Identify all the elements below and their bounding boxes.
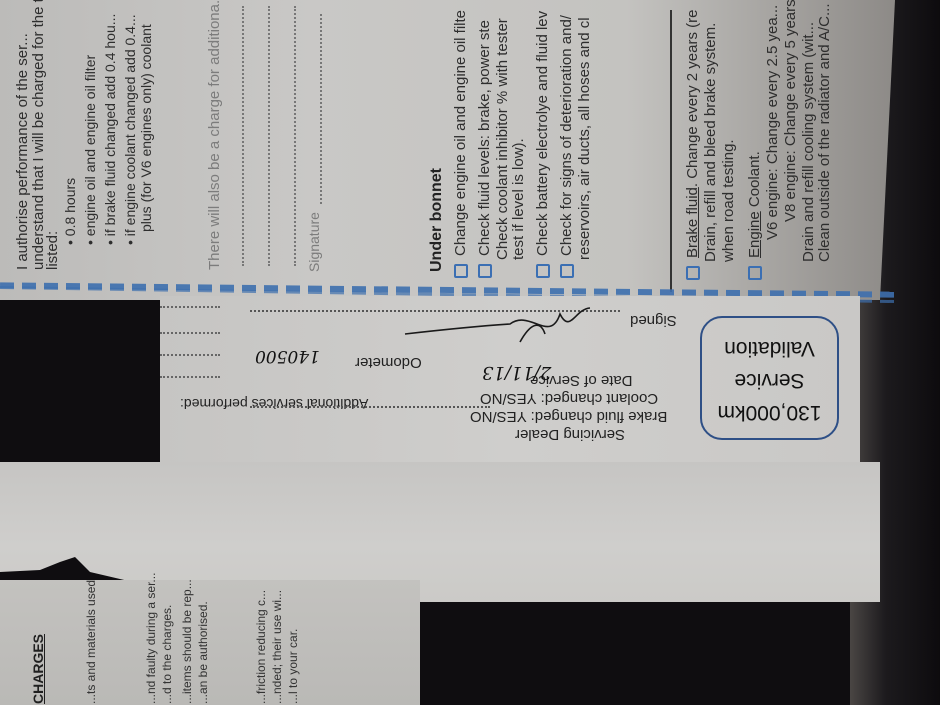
badge-validation: Validation (702, 336, 837, 360)
bullet-oil: • engine oil and engine oil filter (82, 55, 98, 245)
authorise-line-3: listed: (44, 231, 61, 270)
charges-line: ...d to the charges. (160, 605, 174, 704)
dotted-line (294, 6, 296, 266)
charges-line: ...l to your car. (286, 629, 300, 704)
coolant-drain: Drain and refill cooling system (wit... (800, 22, 817, 262)
bullet-coolant-cont: plus (for V6 engines only) coolant (138, 24, 154, 232)
servicing-dealer-label: Servicing Dealer (515, 426, 625, 443)
badge-km: 130,000km (702, 400, 837, 424)
dotted-line (160, 306, 220, 308)
under-bonnet-item-2-cont2: test if level is low). (510, 138, 527, 260)
checkbox-icon[interactable] (536, 264, 550, 278)
under-bonnet-item-3[interactable]: Check battery electrolye and fluid lev (534, 11, 551, 278)
charges-heading: CHARGES (30, 634, 46, 704)
checkbox-icon[interactable] (686, 266, 700, 280)
additional-services-label: Additional services performed: (180, 396, 368, 412)
date-of-service-value[interactable]: 2/11/13 (482, 362, 551, 383)
badge-service: Service (702, 368, 837, 392)
under-bonnet-item-1[interactable]: Change engine oil and engine oil filte (452, 10, 469, 278)
under-bonnet-item-4[interactable]: Check for signs of deterioration and/ (558, 15, 575, 278)
under-bonnet-heading: Under bonnet (428, 168, 446, 272)
service-validation-coupon: Additional services performed: Servicing… (160, 296, 860, 462)
signature-icon (400, 304, 610, 354)
previous-page-charges: CHARGES ...ts and materials used ...nd f… (0, 580, 420, 705)
charges-line: ...ts and materials used (84, 580, 98, 704)
charges-line: ...items should be rep... (180, 579, 194, 704)
authorise-line-1: I authorise performance of the ser... (14, 33, 31, 270)
under-bonnet-item-2-cont: Check coolant inhibitor % with tester (494, 18, 511, 260)
checkbox-icon[interactable] (478, 264, 492, 278)
additional-charge-text: There will also be a charge for addition… (206, 0, 223, 270)
signed-label: Signed (630, 312, 677, 329)
brake-fluid-line-3: when road testing. (720, 139, 737, 262)
coolant-v6: V6 engine: Change every 2.5 yea... (764, 5, 781, 240)
odometer-value[interactable]: 140500 (255, 346, 320, 366)
checkbox-icon[interactable] (560, 264, 574, 278)
coolant-clean: Clean outside of the radiator and A/C... (816, 4, 833, 263)
dotted-line (160, 332, 220, 334)
brake-fluid-line-2: Drain, refill and bleed brake system. (702, 23, 719, 262)
brake-fluid-item[interactable]: Brake fluid. Change every 2 years (re (684, 10, 701, 280)
engine-coolant-item[interactable]: Engine Coolant. (746, 151, 763, 280)
charges-line: ...nd faulty during a ser... (144, 573, 158, 704)
bullet-hours: • 0.8 hours (62, 178, 78, 245)
dotted-line (160, 354, 220, 356)
odometer-label: Odometer (355, 354, 422, 371)
under-bonnet-item-4-cont: reservoirs, air ducts, all hoses and cl (576, 17, 593, 260)
brake-fluid-changed-label[interactable]: Brake fluid changed: YES/NO (470, 408, 667, 425)
authorise-line-2: understand that I will be charged for th… (30, 0, 47, 270)
dotted-line (160, 376, 220, 378)
bullet-brake: • if brake fluid changed add 0.4 hou... (102, 14, 118, 245)
dotted-line (242, 6, 244, 266)
coolant-v8: V8 engine: Change every 5 years... (782, 0, 799, 222)
coolant-changed-label[interactable]: Coolant changed: YES/NO (480, 390, 658, 407)
charges-line: ...an be authorised. (196, 601, 210, 704)
dealer-line[interactable] (250, 406, 490, 408)
signature-line[interactable] (320, 14, 322, 204)
service-booklet-upper-page: I authorise performance of the ser... un… (0, 0, 895, 300)
checkbox-icon[interactable] (748, 266, 762, 280)
under-bonnet-item-2[interactable]: Check fluid levels: brake, power ste (476, 20, 493, 278)
charges-line: ...nded; their use wi... (270, 590, 284, 704)
signature-label: Signature (306, 212, 322, 272)
checkbox-icon[interactable] (454, 264, 468, 278)
service-validation-badge: 130,000km Service Validation (700, 316, 839, 440)
bullet-coolant: • if engine coolant changed add 0.4... (122, 14, 138, 245)
charges-line: ...friction reducing c... (254, 590, 268, 704)
section-divider (670, 10, 672, 292)
dotted-line (268, 6, 270, 266)
